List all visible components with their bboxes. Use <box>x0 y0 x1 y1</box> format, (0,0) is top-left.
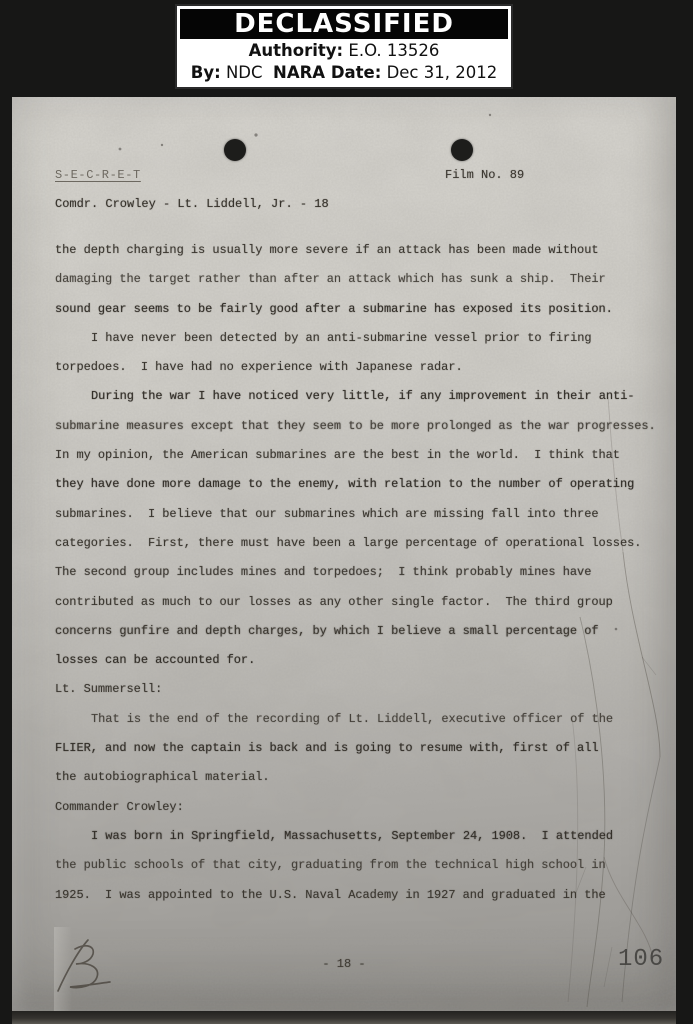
punch-hole-right <box>451 139 473 161</box>
typewritten-line: they have done more damage to the enemy,… <box>55 470 656 499</box>
typewritten-line: 1925. I was appointed to the U.S. Naval … <box>55 881 656 910</box>
typewritten-line: the autobiographical material. <box>55 763 656 792</box>
nara-date-value: Dec 31, 2012 <box>381 63 497 82</box>
film-number: Film No. 89 <box>445 168 524 182</box>
scan-bottom-edge <box>12 1011 676 1024</box>
typewritten-line: Commander Crowley: <box>55 793 656 822</box>
typewritten-line: damaging the target rather than after an… <box>55 265 656 294</box>
typewritten-line: The second group includes mines and torp… <box>55 558 656 587</box>
typewritten-line: sound gear seems to be fairly good after… <box>55 295 656 324</box>
typewritten-line: losses can be accounted for. <box>55 646 656 675</box>
typewritten-line: I have never been detected by an anti-su… <box>55 324 656 353</box>
authority-line: Authority: E.O. 13526 <box>180 40 508 61</box>
typewritten-line: torpedoes. I have had no experience with… <box>55 353 656 382</box>
typewritten-line: submarines. I believe that our submarine… <box>55 500 656 529</box>
punch-hole-left <box>224 139 246 161</box>
declassified-stamp: DECLASSIFIED Authority: E.O. 13526 By: N… <box>175 4 513 89</box>
document-paper: S-E-C-R-E-T Film No. 89 Comdr. Crowley -… <box>12 97 676 1011</box>
typewritten-line: the public schools of that city, graduat… <box>55 851 656 880</box>
authority-value: E.O. 13526 <box>343 41 439 60</box>
typewritten-line: Lt. Summersell: <box>55 675 656 704</box>
scanned-page: DECLASSIFIED Authority: E.O. 13526 By: N… <box>0 0 693 1024</box>
typewritten-line: During the war I have noticed very littl… <box>55 382 656 411</box>
typewritten-line: submarine measures except that they seem… <box>55 412 656 441</box>
authority-label: Authority: <box>249 41 344 60</box>
typewritten-line: contributed as much to our losses as any… <box>55 588 656 617</box>
document-header: Comdr. Crowley - Lt. Liddell, Jr. - 18 <box>55 197 329 211</box>
archive-stamp-number: 106 <box>618 946 664 973</box>
typewritten-body: the depth charging is usually more sever… <box>55 236 656 910</box>
typewritten-line: categories. First, there must have been … <box>55 529 656 558</box>
typewritten-line: That is the end of the recording of Lt. … <box>55 705 656 734</box>
by-value: NDC <box>221 63 273 82</box>
typewritten-line: I was born in Springfield, Massachusetts… <box>55 822 656 851</box>
typewritten-line: concerns gunfire and depth charges, by w… <box>55 617 656 646</box>
classification-marking: S-E-C-R-E-T <box>55 168 141 182</box>
typewritten-line: the depth charging is usually more sever… <box>55 236 656 265</box>
by-nara-line: By: NDC NARA Date: Dec 31, 2012 <box>180 62 508 83</box>
nara-date-label: NARA Date: <box>273 63 381 82</box>
typewritten-line: In my opinion, the American submarines a… <box>55 441 656 470</box>
typewritten-line: FLIER, and now the captain is back and i… <box>55 734 656 763</box>
page-number: - 18 - <box>12 957 676 971</box>
by-label: By: <box>191 63 221 82</box>
declassified-title: DECLASSIFIED <box>180 9 508 39</box>
